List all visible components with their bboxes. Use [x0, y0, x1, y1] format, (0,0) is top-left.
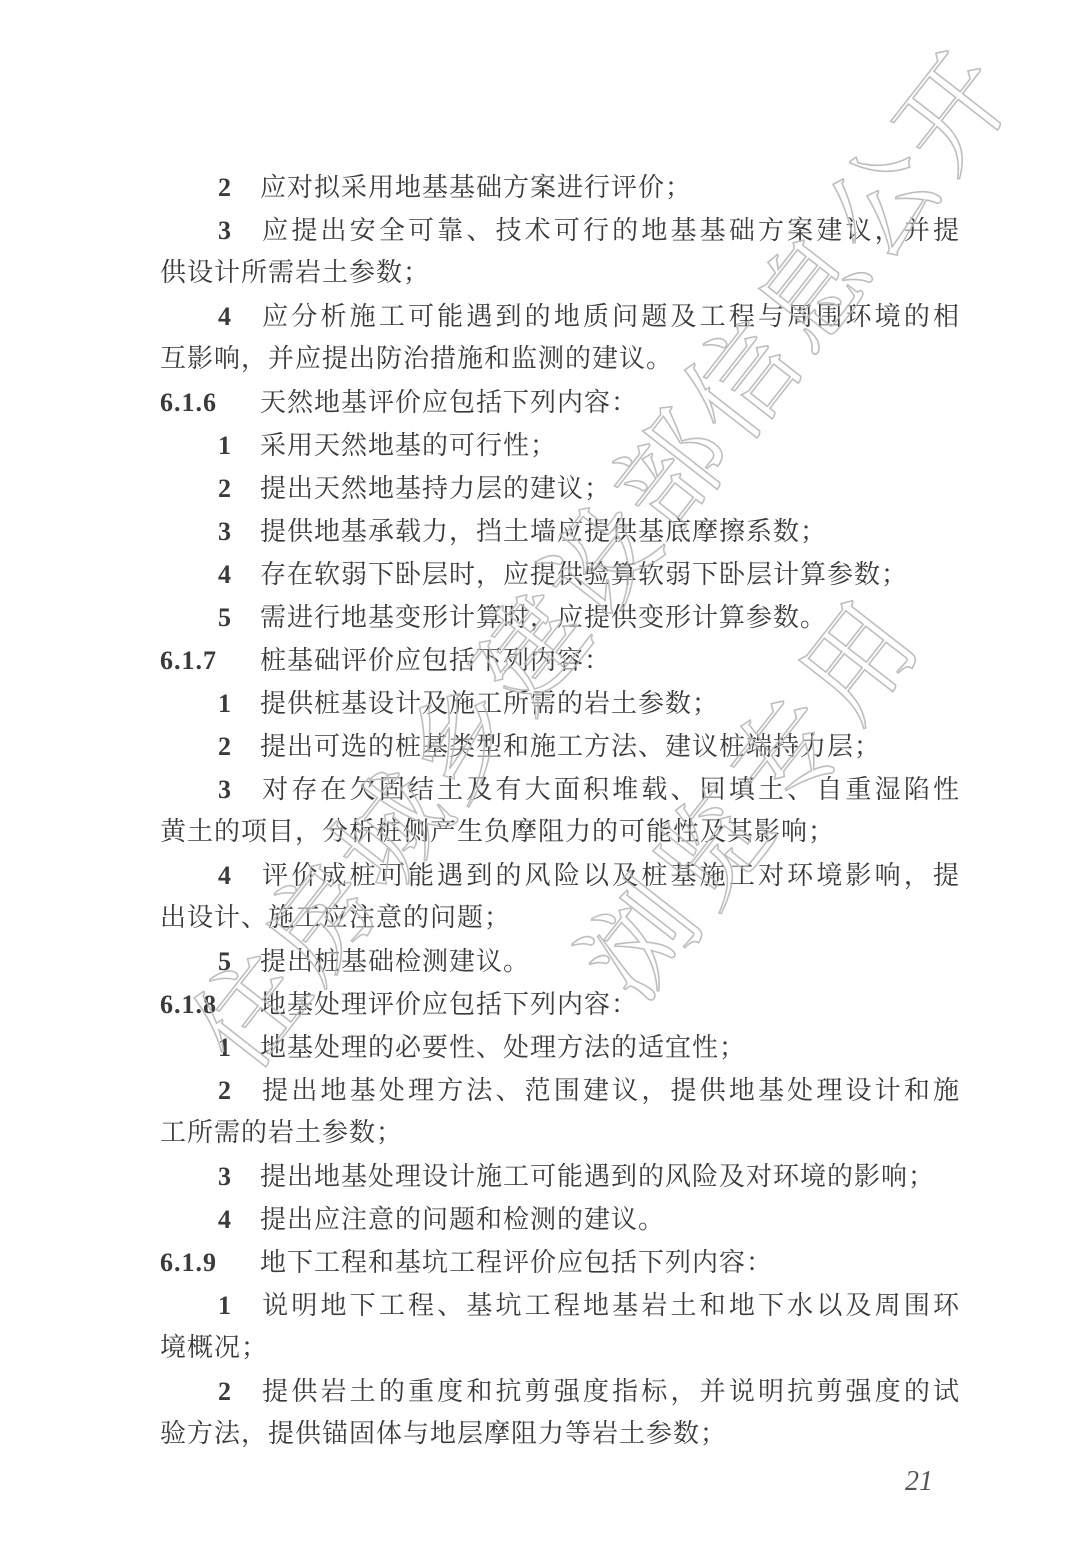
clause-number: 6.1.9: [160, 1241, 260, 1284]
list-item: 4评价成桩可能遇到的风险以及桩基施工对环境影响，提: [160, 854, 960, 897]
clause-number: 6.1.7: [160, 639, 260, 682]
item-number: 3: [218, 209, 260, 252]
item-number: 2: [218, 1370, 260, 1413]
line-text: 说明地下工程、基坑工程地基岩土和地下水以及周围环: [260, 1291, 960, 1321]
document-page: 2应对拟采用地基基础方案进行评价；3应提出安全可靠、技术可行的地基基础方案建议，…: [0, 0, 1080, 1565]
list-item: 2提出天然地基持力层的建议；: [160, 467, 960, 510]
list-item: 1提供桩基设计及施工所需的岩土参数；: [160, 682, 960, 725]
clause-heading: 6.1.9地下工程和基坑工程评价应包括下列内容：: [160, 1241, 960, 1284]
list-item-continuation: 工所需的岩土参数；: [160, 1112, 960, 1155]
list-item-continuation: 黄土的项目，分析桩侧产生负摩阻力的可能性及其影响；: [160, 811, 960, 854]
clause-heading: 6.1.8地基处理评价应包括下列内容：: [160, 983, 960, 1026]
line-text: 天然地基评价应包括下列内容：: [260, 388, 638, 418]
line-text: 提出地基处理设计施工可能遇到的风险及对环境的影响；: [260, 1162, 935, 1192]
item-number: 2: [218, 166, 260, 209]
line-text: 提供岩土的重度和抗剪强度指标，并说明抗剪强度的试: [260, 1377, 960, 1407]
line-text: 桩基础评价应包括下列内容：: [260, 646, 611, 676]
item-number: 2: [218, 1069, 260, 1112]
item-number: 3: [218, 1155, 260, 1198]
line-text: 黄土的项目，分析桩侧产生负摩阻力的可能性及其影响；: [160, 817, 835, 847]
list-item-continuation: 供设计所需岩土参数；: [160, 252, 960, 295]
item-number: 5: [218, 940, 260, 983]
item-number: 4: [218, 553, 260, 596]
line-text: 供设计所需岩土参数；: [160, 258, 430, 288]
line-text: 应对拟采用地基基础方案进行评价；: [260, 173, 692, 203]
line-text: 应分析施工可能遇到的地质问题及工程与周围环境的相: [260, 302, 960, 332]
list-item: 4应分析施工可能遇到的地质问题及工程与周围环境的相: [160, 295, 960, 338]
list-item-continuation: 验方法，提供锚固体与地层摩阻力等岩土参数；: [160, 1413, 960, 1456]
line-text: 境概况；: [160, 1333, 268, 1363]
line-text: 验方法，提供锚固体与地层摩阻力等岩土参数；: [160, 1419, 727, 1449]
list-item: 4提出应注意的问题和检测的建议。: [160, 1198, 960, 1241]
item-number: 5: [218, 596, 260, 639]
item-number: 1: [218, 682, 260, 725]
line-text: 采用天然地基的可行性；: [260, 431, 557, 461]
item-number: 1: [218, 1284, 260, 1327]
item-number: 3: [218, 510, 260, 553]
line-text: 提供桩基设计及施工所需的岩土参数；: [260, 689, 719, 719]
list-item: 3提出地基处理设计施工可能遇到的风险及对环境的影响；: [160, 1155, 960, 1198]
clause-number: 6.1.6: [160, 381, 260, 424]
line-text: 提出地基处理方法、范围建议，提供地基处理设计和施: [260, 1076, 960, 1106]
line-text: 地基处理的必要性、处理方法的适宜性；: [260, 1033, 746, 1063]
list-item-continuation: 出设计、施工应注意的问题；: [160, 897, 960, 940]
list-item: 2提出地基处理方法、范围建议，提供地基处理设计和施: [160, 1069, 960, 1112]
item-number: 1: [218, 424, 260, 467]
list-item: 3应提出安全可靠、技术可行的地基基础方案建议，并提: [160, 209, 960, 252]
line-text: 评价成桩可能遇到的风险以及桩基施工对环境影响，提: [260, 861, 960, 891]
list-item-continuation: 境概况；: [160, 1327, 960, 1370]
item-number: 4: [218, 854, 260, 897]
line-text: 地下工程和基坑工程评价应包括下列内容：: [260, 1248, 773, 1278]
clause-heading: 6.1.6天然地基评价应包括下列内容：: [160, 381, 960, 424]
list-item: 2提出可选的桩基类型和施工方法、建议桩端持力层；: [160, 725, 960, 768]
line-text: 需进行地基变形计算时，应提供变形计算参数。: [260, 603, 827, 633]
line-text: 提供地基承载力，挡土墙应提供基底摩擦系数；: [260, 517, 827, 547]
line-text: 对存在欠固结土及有大面积堆载、回填土、自重湿陷性: [260, 775, 960, 805]
line-text: 提出天然地基持力层的建议；: [260, 474, 611, 504]
line-text: 提出桩基础检测建议。: [260, 947, 530, 977]
item-number: 1: [218, 1026, 260, 1069]
line-text: 提出可选的桩基类型和施工方法、建议桩端持力层；: [260, 732, 881, 762]
list-item: 5提出桩基础检测建议。: [160, 940, 960, 983]
line-text: 应提出安全可靠、技术可行的地基基础方案建议，并提: [260, 216, 960, 246]
clause-number: 6.1.8: [160, 983, 260, 1026]
item-number: 4: [218, 295, 260, 338]
page-number: 21: [905, 1466, 933, 1498]
item-number: 4: [218, 1198, 260, 1241]
item-number: 3: [218, 768, 260, 811]
list-item: 3提供地基承载力，挡土墙应提供基底摩擦系数；: [160, 510, 960, 553]
item-number: 2: [218, 467, 260, 510]
line-text: 工所需的岩土参数；: [160, 1118, 403, 1148]
line-text: 提出应注意的问题和检测的建议。: [260, 1205, 665, 1235]
line-text: 互影响，并应提出防治措施和监测的建议。: [160, 344, 673, 374]
line-text: 地基处理评价应包括下列内容：: [260, 990, 638, 1020]
list-item: 3对存在欠固结土及有大面积堆载、回填土、自重湿陷性: [160, 768, 960, 811]
clause-heading: 6.1.7桩基础评价应包括下列内容：: [160, 639, 960, 682]
list-item: 1说明地下工程、基坑工程地基岩土和地下水以及周围环: [160, 1284, 960, 1327]
list-item: 1采用天然地基的可行性；: [160, 424, 960, 467]
list-item: 2提供岩土的重度和抗剪强度指标，并说明抗剪强度的试: [160, 1370, 960, 1413]
line-text: 出设计、施工应注意的问题；: [160, 903, 511, 933]
line-text: 存在软弱下卧层时，应提供验算软弱下卧层计算参数；: [260, 560, 908, 590]
item-number: 2: [218, 725, 260, 768]
list-item: 5需进行地基变形计算时，应提供变形计算参数。: [160, 596, 960, 639]
list-item: 2应对拟采用地基基础方案进行评价；: [160, 166, 960, 209]
list-item: 1地基处理的必要性、处理方法的适宜性；: [160, 1026, 960, 1069]
page-body: 2应对拟采用地基基础方案进行评价；3应提出安全可靠、技术可行的地基基础方案建议，…: [160, 166, 960, 1456]
list-item: 4存在软弱下卧层时，应提供验算软弱下卧层计算参数；: [160, 553, 960, 596]
list-item-continuation: 互影响，并应提出防治措施和监测的建议。: [160, 338, 960, 381]
